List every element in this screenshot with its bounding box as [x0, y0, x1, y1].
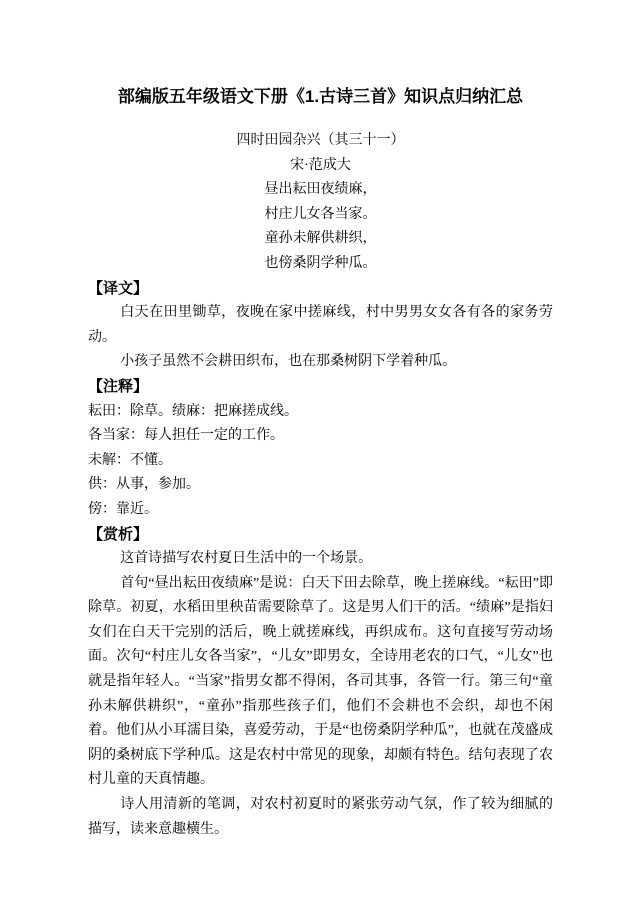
document-title: 部编版五年级语文下册《1.古诗三首》知识点归纳汇总: [88, 84, 553, 109]
section-heading-translation: 【译文】: [88, 277, 553, 302]
translation-paragraph: 小孩子虽然不会耕田织布，也在那桑树阴下学着种瓜。: [88, 350, 553, 375]
poem-author: 宋·范成大: [88, 154, 553, 179]
poem-line: 村庄儿女各当家。: [88, 203, 553, 228]
note-item: 耘田：除草。绩麻：把麻搓成线。: [88, 400, 553, 425]
poem-line: 也傍桑阴学种瓜。: [88, 252, 553, 277]
poem-block: 四时田园杂兴（其三十一） 宋·范成大 昼出耘田夜绩麻， 村庄儿女各当家。 童孙未…: [88, 129, 553, 277]
note-item: 供：从事，参加。: [88, 473, 553, 498]
poem-line: 童孙未解供耕织，: [88, 227, 553, 252]
translation-paragraph: 白天在田里锄草，夜晚在家中搓麻线，村中男男女女各有各的家务劳动。: [88, 301, 553, 350]
note-item: 各当家：每人担任一定的工作。: [88, 424, 553, 449]
section-analysis: 【赏析】 这首诗描写农村夏日生活中的一个场景。 首句“昼出耘田夜绩麻”是说：白天…: [88, 523, 553, 843]
note-item: 未解：不懂。: [88, 449, 553, 474]
document-page: 部编版五年级语文下册《1.古诗三首》知识点归纳汇总 四时田园杂兴（其三十一） 宋…: [0, 0, 640, 905]
section-heading-notes: 【注释】: [88, 375, 553, 400]
analysis-paragraph: 这首诗描写农村夏日生活中的一个场景。: [88, 547, 553, 572]
section-translation: 【译文】 白天在田里锄草，夜晚在家中搓麻线，村中男男女女各有各的家务劳动。 小孩…: [88, 277, 553, 375]
poem-line: 昼出耘田夜绩麻，: [88, 178, 553, 203]
poem-title: 四时田园杂兴（其三十一）: [88, 129, 553, 154]
analysis-paragraph: 诗人用清新的笔调，对农村初夏时的紧张劳动气氛，作了较为细腻的描写，读来意趣横生。: [88, 793, 553, 842]
section-heading-analysis: 【赏析】: [88, 523, 553, 548]
analysis-paragraph: 首句“昼出耘田夜绩麻”是说：白天下田去除草，晚上搓麻线。“耘田”即除草。初夏，水…: [88, 572, 553, 793]
note-item: 傍：靠近。: [88, 498, 553, 523]
section-notes: 【注释】 耘田：除草。绩麻：把麻搓成线。 各当家：每人担任一定的工作。 未解：不…: [88, 375, 553, 523]
